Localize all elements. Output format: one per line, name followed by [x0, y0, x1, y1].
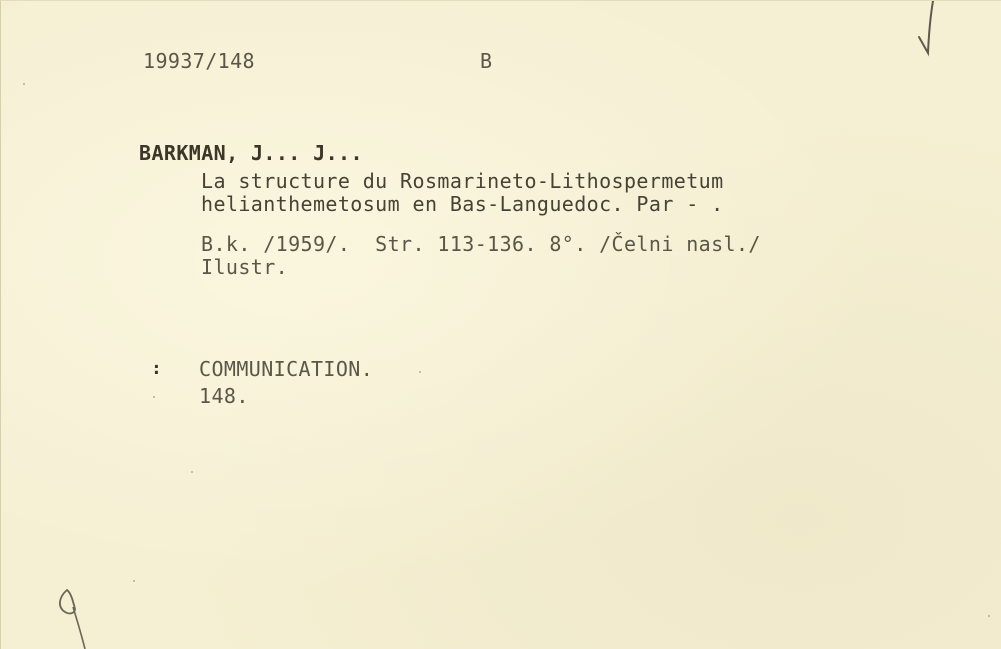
series-bullet: : — [151, 358, 162, 380]
catalog-card: 19937/148 B BARKMAN, J... J... La struct… — [0, 0, 1001, 649]
author-heading: BARKMAN, J... J... — [139, 142, 363, 164]
description-line-1: B.k. /1959/. Str. 113-136. 8°. /Čelni na… — [201, 233, 761, 255]
series-name: COMMUNICATION. — [199, 358, 373, 380]
paper-speck — [153, 396, 155, 398]
title-line-1: La structure du Rosmarineto-Lithospermet… — [201, 170, 724, 192]
paper-speck — [419, 371, 421, 373]
section-letter: B — [480, 50, 492, 72]
paper-speck — [988, 615, 990, 617]
paper-speck — [133, 580, 135, 582]
title-line-2: helianthemetosum en Bas-Languedoc. Par -… — [201, 193, 724, 215]
description-line-2: Ilustr. — [201, 256, 288, 278]
paper-speck — [191, 471, 193, 473]
check-mark-icon — [906, 1, 946, 61]
call-number: 19937/148 — [143, 50, 255, 72]
paper-speck — [23, 83, 25, 85]
pencil-numeral-icon — [53, 585, 93, 649]
series-number: 148. — [199, 385, 249, 407]
